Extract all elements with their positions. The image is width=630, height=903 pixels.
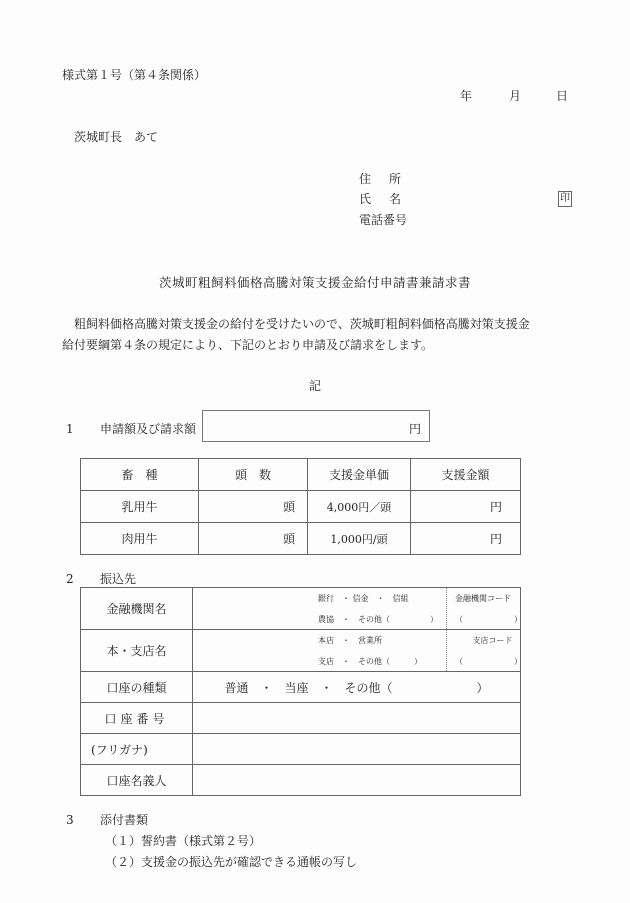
branch-name-row: 本・支店名 本店 ・ 営業所 支店 ・ その他（ ） 支店コード （ ） [81,630,521,672]
dotted-divider [446,588,447,629]
section3-number: 3 [66,813,100,827]
section1-heading: 1申請額及び請求額 [66,420,196,437]
section2-heading: 2振込先 [66,570,136,587]
date-year-label: 年 [460,87,472,104]
account-type-label: 口座の種類 [81,672,193,703]
table-header-row: 畜 種 頭 数 支援金単価 支援金額 [81,459,521,491]
account-number-field[interactable] [193,703,521,734]
date-month-label: 月 [509,87,521,104]
paren-close: ） [514,651,522,672]
branch-type-options: 本店 ・ 営業所 支店 ・ その他（ ） [318,630,443,672]
bank-name-row: 金融機関名 銀行 ・ 信金 ・ 信組 農協 ・ その他（ ） 金融機関コード （… [81,588,521,630]
header-livestock-type: 畜 種 [81,459,199,491]
bank-name-field[interactable]: 銀行 ・ 信金 ・ 信組 農協 ・ その他（ ） 金融機関コード （ ） [193,588,521,630]
account-number-label: 口座番号 [81,703,193,734]
section2-label: 振込先 [100,572,136,586]
branch-name-field[interactable]: 本店 ・ 営業所 支店 ・ その他（ ） 支店コード （ ） [193,630,521,672]
transfer-table: 金融機関名 銀行 ・ 信金 ・ 信組 農協 ・ その他（ ） 金融機関コード （… [80,587,521,796]
head-count-field[interactable]: 頭 [199,491,308,523]
paren-close: ） [514,609,522,630]
attachment-item: （２）支援金の振込先が確認できる通帳の写し [105,853,357,870]
paren-open: （ [455,651,463,672]
branch-name-label: 本・支店名 [81,630,193,672]
account-type-options[interactable]: 普通 ・ 当座 ・ その他（ ） [193,672,521,703]
bank-type-line1: 銀行 ・ 信金 ・ 信組 [318,588,443,609]
branch-type-line2: 支店 ・ その他（ ） [318,651,443,672]
section2-number: 2 [66,572,100,586]
addressee: 茨城町長 あて [74,128,158,145]
section3-heading: 3添付書類 [66,811,148,828]
section1-label: 申請額及び請求額 [100,422,196,436]
account-number-row: 口座番号 [81,703,521,734]
ki-marker: 記 [0,377,630,394]
attachment-item: （１）誓約書（様式第２号） [105,832,261,849]
bank-type-line2: 農協 ・ その他（ ） [318,609,443,630]
amount-unit: 円 [409,420,421,437]
bank-name-label: 金融機関名 [81,588,193,630]
account-type-row: 口座の種類 普通 ・ 当座 ・ その他（ ） [81,672,521,703]
branch-type-line1: 本店 ・ 営業所 [318,630,443,651]
branch-code-area[interactable]: 支店コード （ ） [455,630,530,672]
account-holder-label: 口座名義人 [81,765,193,796]
table-row: 乳用牛 頭 4,000円／頭 円 [81,491,521,523]
header-head-count: 頭 数 [199,459,308,491]
dotted-divider [446,630,447,671]
bank-code-field[interactable]: （ ） [455,609,530,630]
branch-code-field[interactable]: （ ） [455,651,530,672]
account-holder-row: 口座名義人 [81,765,521,796]
section3-label: 添付書類 [100,813,148,827]
unit-price: 4,000円／頭 [308,491,411,523]
furigana-label: (フリガナ) [81,734,193,765]
support-amount-field[interactable]: 円 [411,491,521,523]
livestock-type: 乳用牛 [81,491,199,523]
name-label: 氏名 [359,190,419,207]
livestock-table: 畜 種 頭 数 支援金単価 支援金額 乳用牛 頭 4,000円／頭 円 肉用牛 … [80,458,521,555]
phone-label: 電話番号 [359,211,407,228]
address-label: 住所 [359,170,419,187]
requested-amount-field[interactable]: 円 [202,410,430,442]
branch-code-label: 支店コード [455,630,530,651]
document-title: 茨城町粗飼料価格高騰対策支援金給付申請書兼請求書 [0,273,630,291]
body-text: 粗飼料価格高騰対策支援金の給付を受けたいので、茨城町粗飼料価格高騰対策支援金給付… [62,314,532,356]
header-unit-price: 支援金単価 [308,459,411,491]
date-day-label: 日 [556,87,568,104]
livestock-type: 肉用牛 [81,523,199,555]
section1-number: 1 [66,422,100,436]
furigana-field[interactable] [193,734,521,765]
head-count-field[interactable]: 頭 [199,523,308,555]
account-holder-field[interactable] [193,765,521,796]
table-row: 肉用牛 頭 1,000円/頭 円 [81,523,521,555]
form-number: 様式第１号（第４条関係） [62,66,206,83]
bank-code-label: 金融機関コード [455,588,530,609]
header-support-amount: 支援金額 [411,459,521,491]
support-amount-field[interactable]: 円 [411,523,521,555]
furigana-row: (フリガナ) [81,734,521,765]
unit-price: 1,000円/頭 [308,523,411,555]
paren-open: （ [455,609,463,630]
seal-mark: 印 [558,191,572,207]
bank-code-area[interactable]: 金融機関コード （ ） [455,588,530,630]
bank-type-options: 銀行 ・ 信金 ・ 信組 農協 ・ その他（ ） [318,588,443,630]
